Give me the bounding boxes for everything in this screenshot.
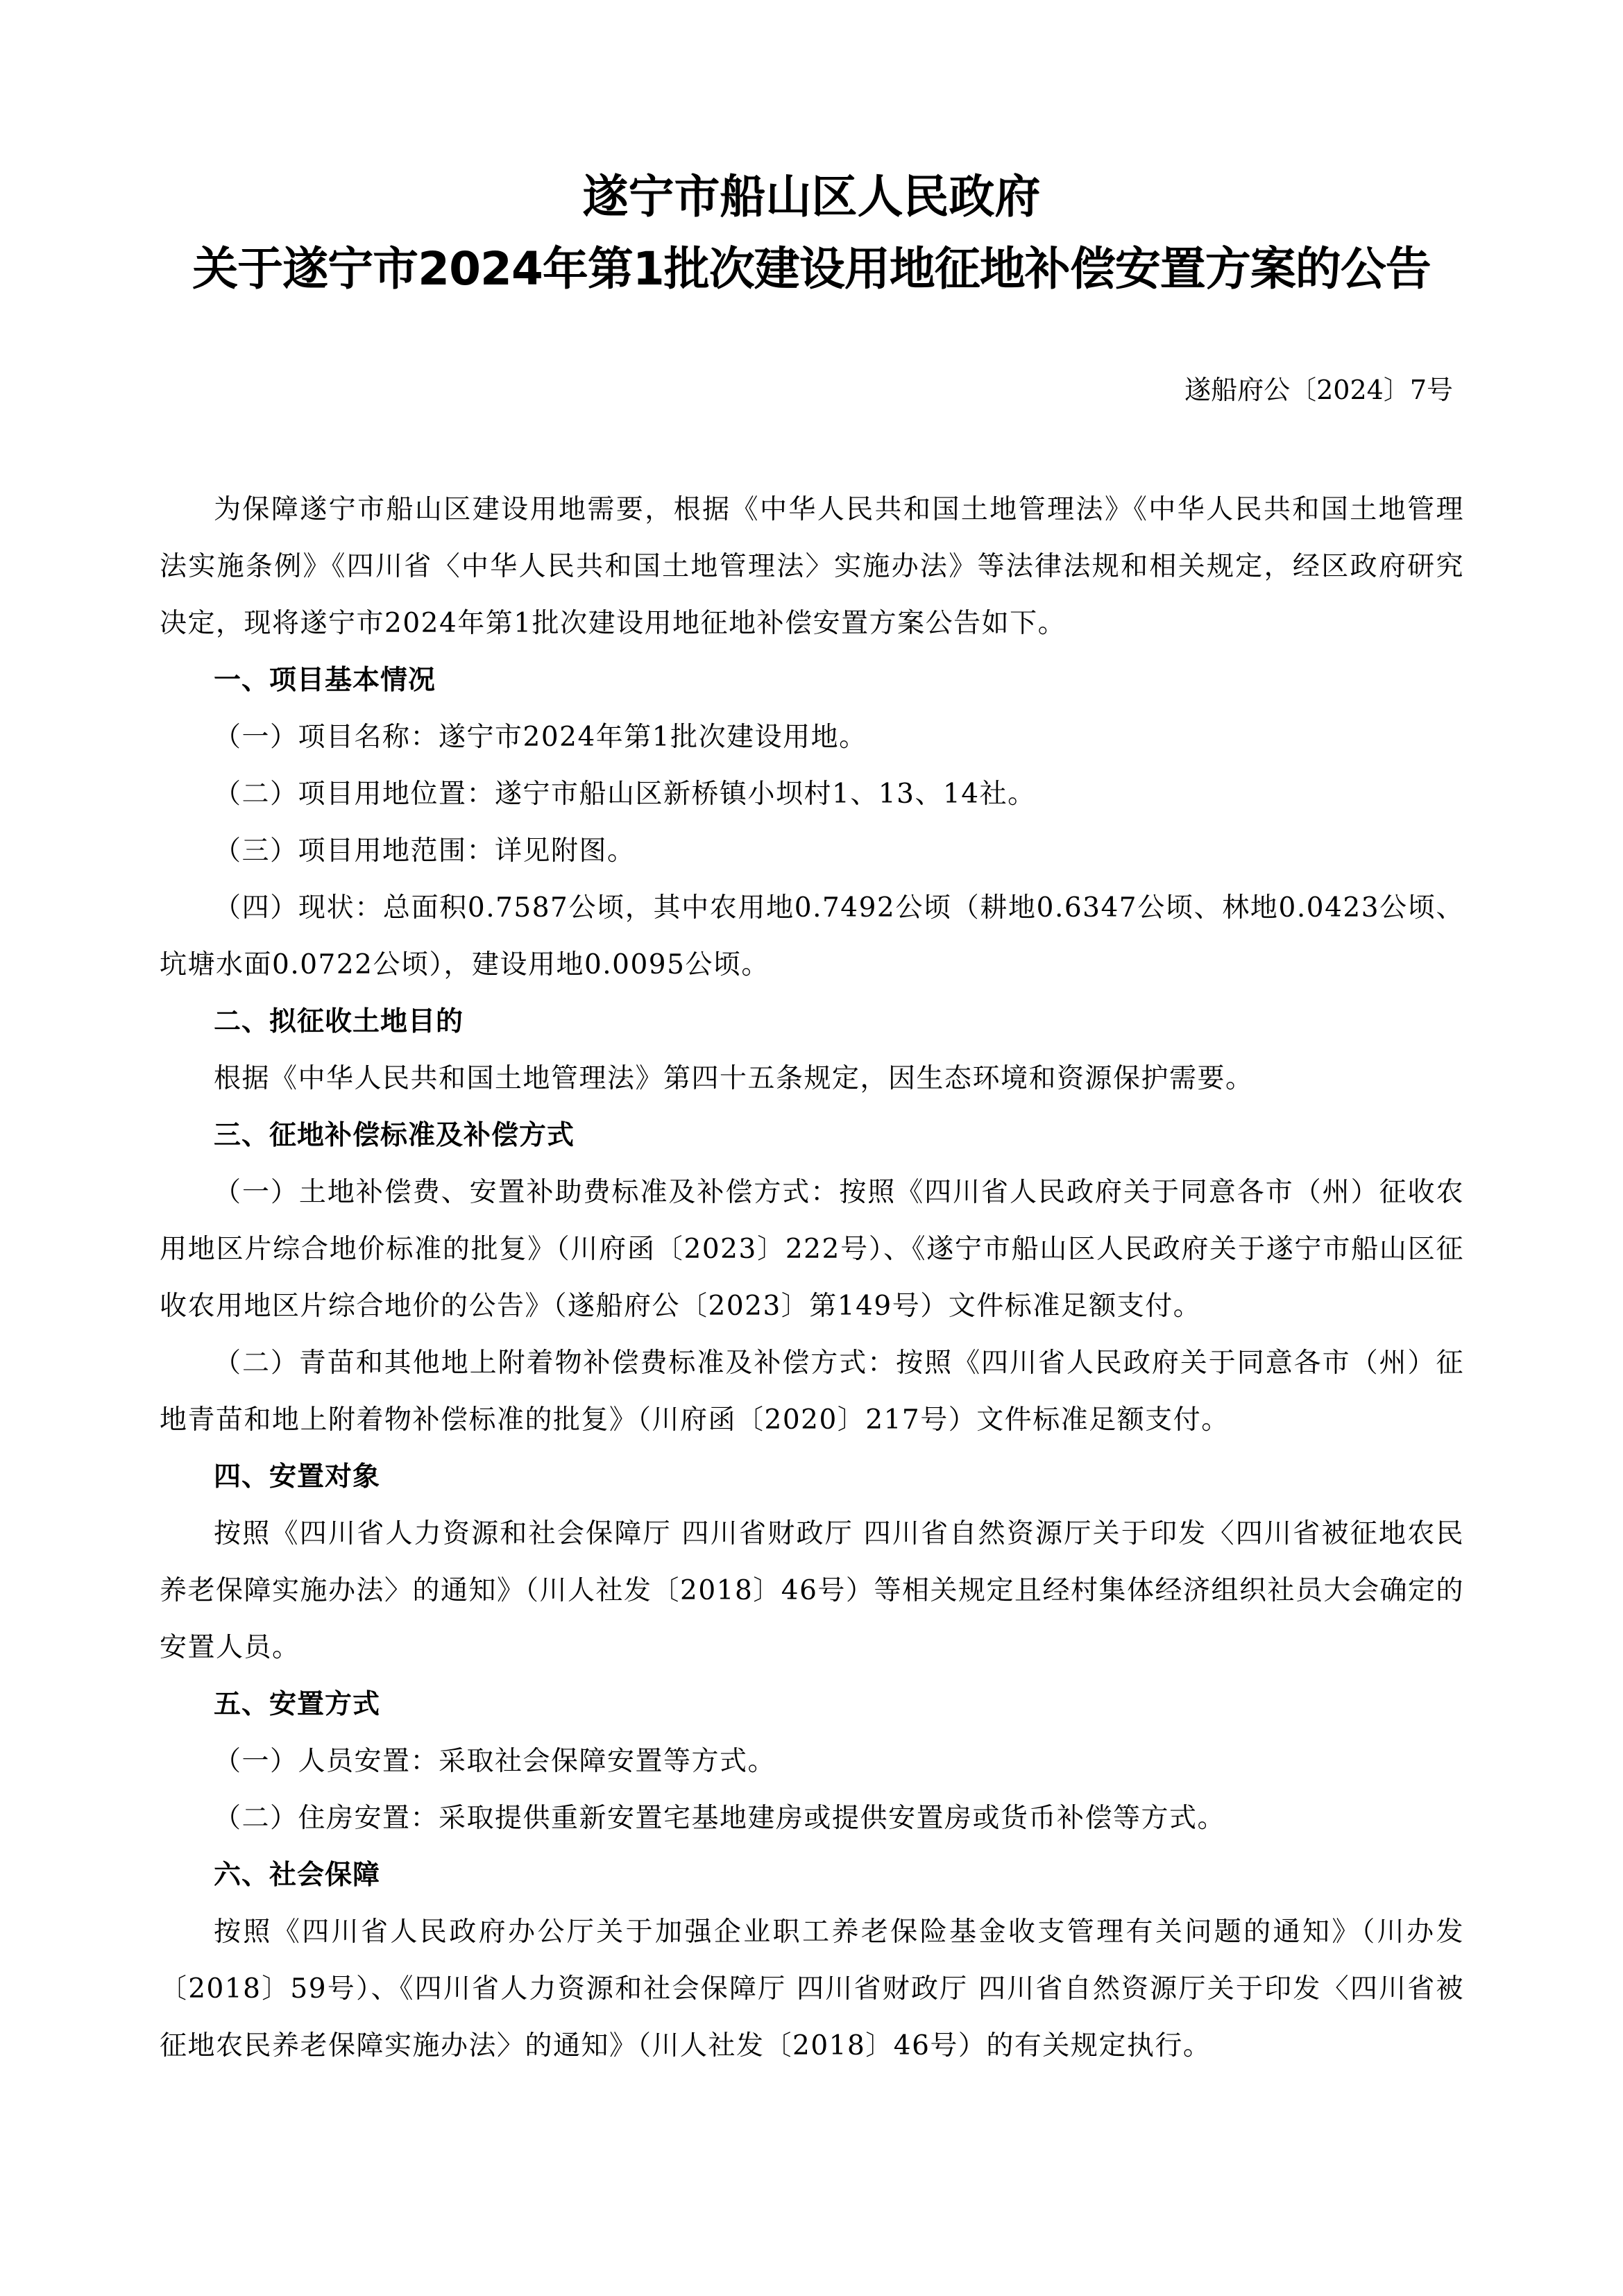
section-heading-project-info: 一、项目基本情况 <box>160 652 1464 709</box>
document-title: 遂宁市船山区人民政府 关于遂宁市2024年第1批次建设用地征地补偿安置方案的公告 <box>0 161 1623 305</box>
paragraph-social-security: 按照《四川省人民政府办公厅关于加强企业职工养老保险基金收支管理有关问题的通知》（… <box>160 1904 1464 2075</box>
document-body: 为保障遂宁市船山区建设用地需要，根据《中华人民共和国土地管理法》《中华人民共和国… <box>160 482 1464 2075</box>
paragraph-purpose: 根据《中华人民共和国土地管理法》第四十五条规定，因生态环境和资源保护需要。 <box>160 1051 1464 1107</box>
paragraph-resettlement-targets: 按照《四川省人力资源和社会保障厅 四川省财政厅 四川省自然资源厅关于印发〈四川省… <box>160 1506 1464 1676</box>
section-heading-resettlement-methods: 五、安置方式 <box>160 1676 1464 1733</box>
section-heading-compensation: 三、征地补偿标准及补偿方式 <box>160 1107 1464 1164</box>
document-number: 遂船府公〔2024〕7号 <box>1184 369 1453 411</box>
section-heading-purpose: 二、拟征收土地目的 <box>160 994 1464 1051</box>
section-heading-resettlement-targets: 四、安置对象 <box>160 1449 1464 1506</box>
title-subject: 关于遂宁市2024年第1批次建设用地征地补偿安置方案的公告 <box>0 233 1623 305</box>
paragraph-housing-resettlement: （二）住房安置：采取提供重新安置宅基地建房或提供安置房或货币补偿等方式。 <box>160 1790 1464 1847</box>
document-page: 遂宁市船山区人民政府 关于遂宁市2024年第1批次建设用地征地补偿安置方案的公告… <box>0 0 1623 2296</box>
paragraph-project-name: （一）项目名称：遂宁市2024年第1批次建设用地。 <box>160 709 1464 766</box>
paragraph-crops-compensation: （二）青苗和其他地上附着物补偿费标准及补偿方式：按照《四川省人民政府关于同意各市… <box>160 1335 1464 1449</box>
intro-paragraph: 为保障遂宁市船山区建设用地需要，根据《中华人民共和国土地管理法》《中华人民共和国… <box>160 482 1464 652</box>
section-heading-social-security: 六、社会保障 <box>160 1847 1464 1904</box>
paragraph-project-location: （二）项目用地位置：遂宁市船山区新桥镇小坝村1、13、14社。 <box>160 766 1464 823</box>
paragraph-project-scope: （三）项目用地范围：详见附图。 <box>160 823 1464 880</box>
paragraph-current-status: （四）现状：总面积0.7587公顷，其中农用地0.7492公顷（耕地0.6347… <box>160 880 1464 994</box>
paragraph-land-compensation: （一）土地补偿费、安置补助费标准及补偿方式：按照《四川省人民政府关于同意各市（州… <box>160 1164 1464 1335</box>
title-issuer: 遂宁市船山区人民政府 <box>0 161 1623 233</box>
paragraph-personnel-resettlement: （一）人员安置：采取社会保障安置等方式。 <box>160 1733 1464 1790</box>
